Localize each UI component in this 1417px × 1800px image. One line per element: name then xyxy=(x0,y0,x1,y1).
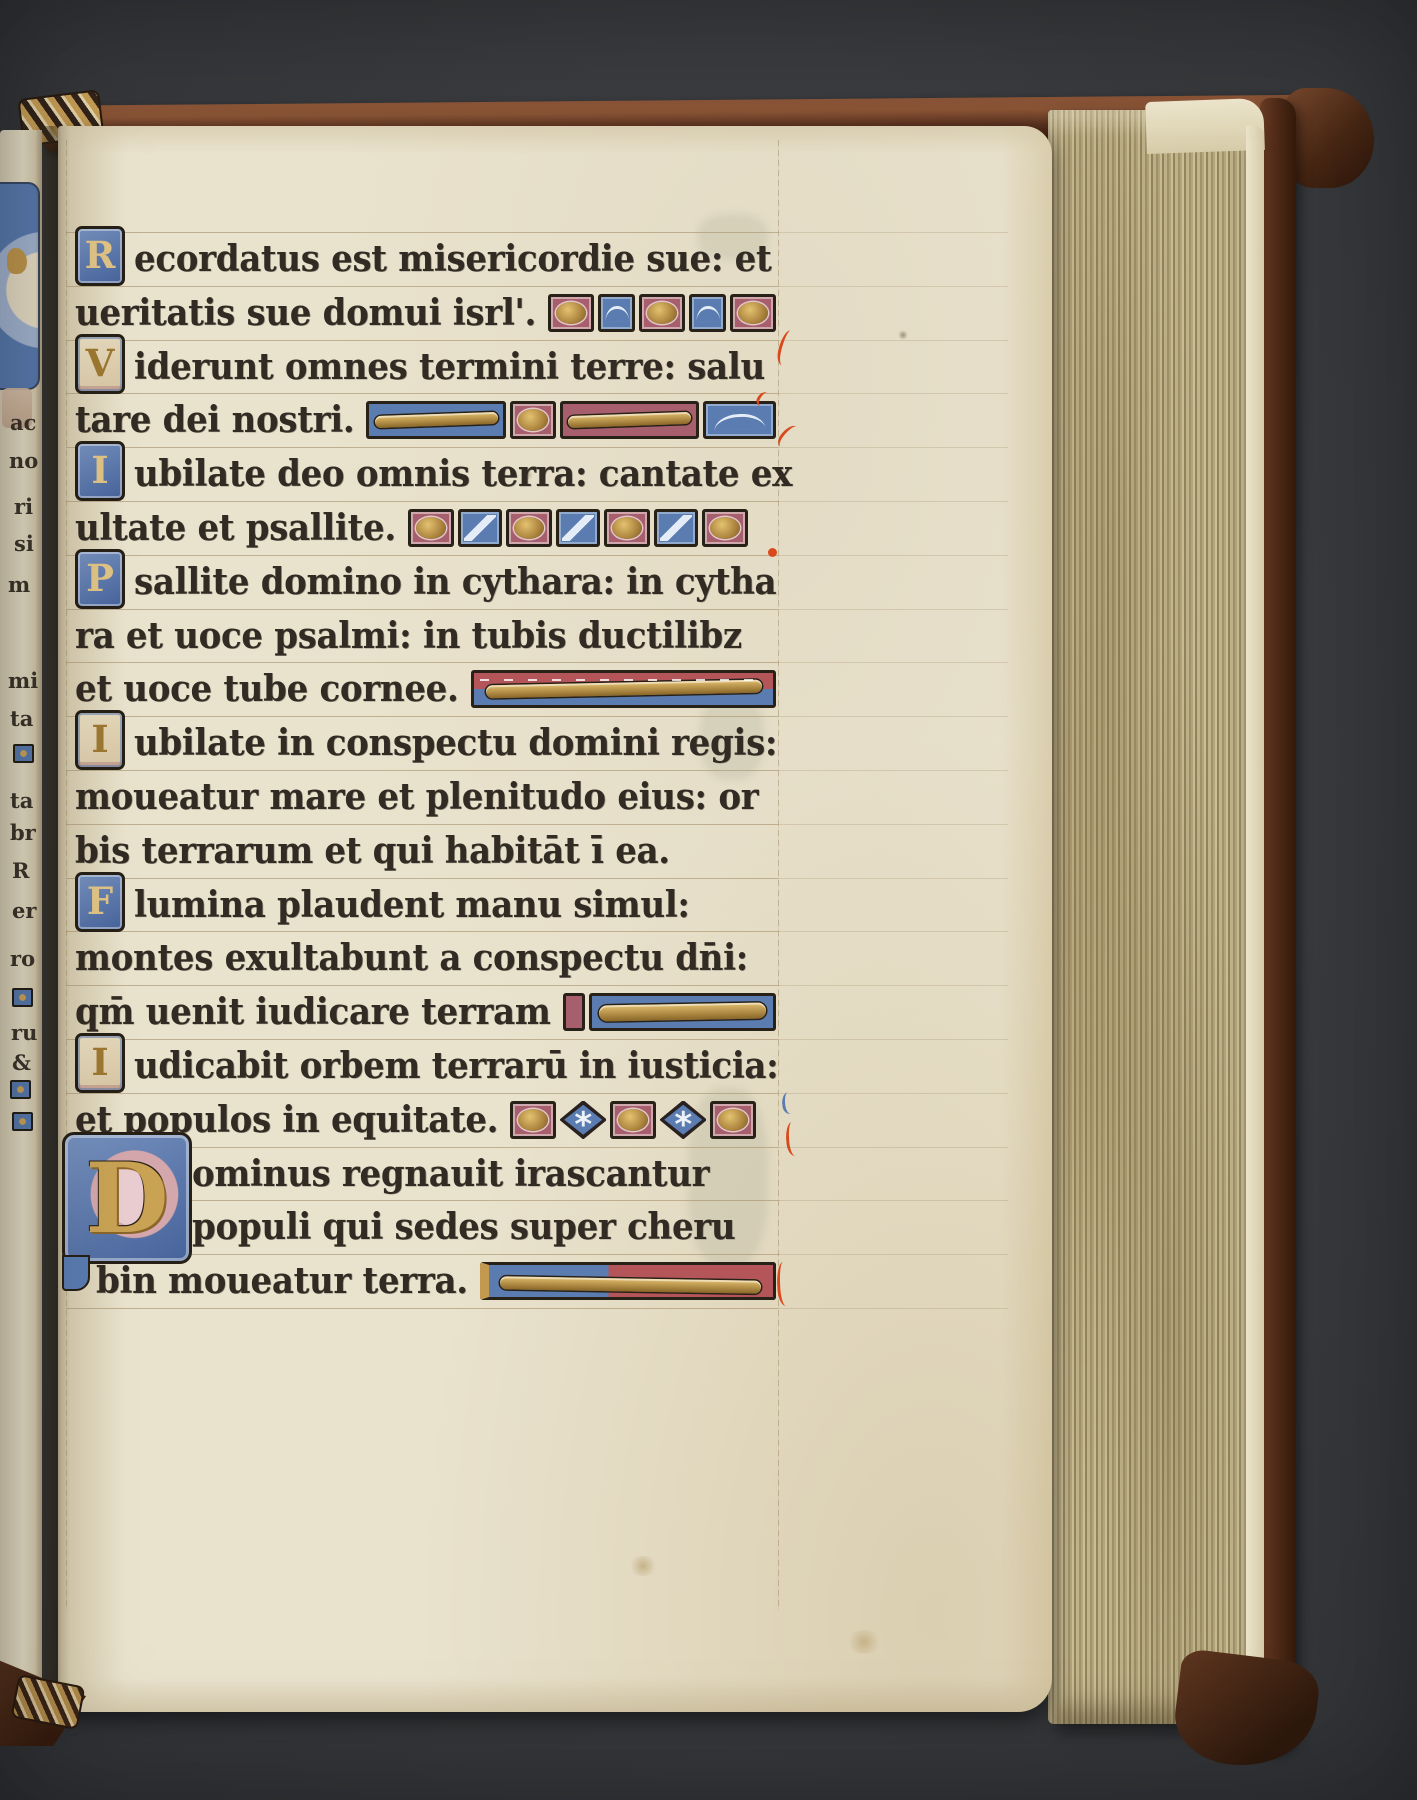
text-line: populi qui sedes super cheru xyxy=(192,1204,778,1250)
margin-filler-fragment xyxy=(12,1112,33,1131)
margin-text-fragment: br xyxy=(10,820,36,845)
filler-segment-ps xyxy=(510,401,556,439)
cover-right-edge xyxy=(1260,98,1296,1750)
line-filler xyxy=(366,401,776,439)
text-line: Iudicabit orbem terrarū in iusticia: xyxy=(75,1043,778,1089)
margin-text-fragment: ru xyxy=(11,1020,37,1045)
filler-segment-gwp xyxy=(560,401,699,439)
parchment-stain xyxy=(628,1556,658,1576)
line-text: udicabit orbem terrarū in iusticia: xyxy=(134,1044,778,1087)
manuscript-photo-stage: Recordatus est misericordie sue: etuerit… xyxy=(0,0,1417,1800)
margin-filler-fragment xyxy=(13,744,34,763)
margin-text-fragment: mi xyxy=(8,668,38,693)
decorated-initial: F xyxy=(75,872,125,932)
filler-segment-bs xyxy=(458,509,502,547)
filler-segment-bs xyxy=(556,509,600,547)
line-text: lumina plaudent manu simul: xyxy=(134,883,690,926)
decorated-initial: I xyxy=(75,1033,125,1093)
line-text: iderunt omnes termini terre: salu xyxy=(134,345,765,388)
line-text: tare dei nostri. xyxy=(75,399,354,442)
filler-segment-ps xyxy=(710,1101,756,1139)
filler-segment-bb xyxy=(689,294,726,332)
gutter-shadow xyxy=(36,126,70,1708)
filler-segment-bd xyxy=(560,1101,606,1139)
decorated-initial: I xyxy=(75,441,125,501)
line-text: ueritatis sue domui isrl'. xyxy=(75,291,536,334)
margin-text-fragment: m xyxy=(8,572,30,597)
text-line: Psallite domino in cythara: in cytha xyxy=(75,559,778,605)
margin-text-fragment: ta xyxy=(10,706,33,731)
decorated-initial: V xyxy=(75,334,125,394)
line-text: bin moueatur terra. xyxy=(96,1260,468,1303)
filler-segment-bs xyxy=(654,509,698,547)
margin-filler-fragment xyxy=(10,1080,31,1099)
text-line: Flumina plaudent manu simul: xyxy=(75,882,778,928)
margin-text-fragment: ac xyxy=(10,410,36,435)
line-text: montes exultabunt a conspectu dn̄i: xyxy=(75,937,748,980)
drop-cap-initial-D: D xyxy=(62,1132,192,1264)
margin-text-fragment: no xyxy=(9,448,38,473)
line-text: moueatur mare et plenitudo eius: or xyxy=(75,775,758,818)
line-filler xyxy=(408,509,776,547)
decorated-initial: P xyxy=(75,549,125,609)
text-line: bis terrarum et qui habitāt ī ea. xyxy=(75,828,778,874)
line-text: ubilate deo omnis terra: cantate ex xyxy=(134,453,792,496)
filler-segment-ps xyxy=(408,509,454,547)
drop-cap-letter: D xyxy=(65,1135,189,1261)
filler-segment-ps xyxy=(506,509,552,547)
filler-segment-ps xyxy=(610,1101,656,1139)
line-text: ecordatus est misericordie sue: et xyxy=(134,237,771,280)
line-filler xyxy=(563,993,776,1031)
facing-page-illuminated-initial-fragment xyxy=(0,182,40,390)
parchment-stain xyxy=(846,1630,882,1654)
margin-text-fragment: ri xyxy=(14,494,33,519)
filler-segment-ps xyxy=(510,1101,556,1139)
line-filler xyxy=(510,1101,776,1139)
margin-text-fragment: ta xyxy=(10,788,33,813)
filler-segment-bb xyxy=(598,294,635,332)
text-line: ra et uoce psalmi: in tubis ductilibz xyxy=(75,613,778,659)
decorated-initial: R xyxy=(75,226,125,286)
text-line: ultate et psallite. xyxy=(75,505,778,551)
margin-text-fragment: ro xyxy=(10,946,35,971)
text-line: Recordatus est misericordie sue: et xyxy=(75,236,778,282)
filler-segment-pcap xyxy=(563,993,585,1031)
text-line: montes exultabunt a conspectu dn̄i: xyxy=(75,935,778,981)
parchment-stain xyxy=(898,330,908,340)
line-text: bis terrarum et qui habitāt ī ea. xyxy=(75,829,670,872)
filler-segment-ps xyxy=(730,294,776,332)
filler-segment-ps xyxy=(639,294,685,332)
line-filler xyxy=(480,1262,776,1300)
filler-segment-gwb xyxy=(366,401,505,439)
ruled-line xyxy=(66,232,1008,233)
line-text: ultate et psallite. xyxy=(75,506,396,549)
margin-filler-fragment xyxy=(12,988,33,1007)
filler-segment-ps xyxy=(548,294,594,332)
text-line: Iubilate in conspectu domini regis: xyxy=(75,720,778,766)
line-text: ra et uoce psalmi: in tubis ductilibz xyxy=(75,614,742,657)
text-line: Viderunt omnes termini terre: salu xyxy=(75,344,778,390)
line-text: qm̄ uenit iudicare terram xyxy=(75,991,551,1034)
text-line: et uoce tube cornee. xyxy=(75,666,778,712)
filler-segment-ps xyxy=(702,509,748,547)
text-line: qm̄ uenit iudicare terram xyxy=(75,989,778,1035)
filler-segment-wavebar xyxy=(471,670,776,708)
line-text: populi qui sedes super cheru xyxy=(192,1206,735,1249)
margin-text-fragment: si xyxy=(14,531,34,556)
decorated-initial: I xyxy=(75,710,125,770)
filler-segment-wavebar2 xyxy=(480,1262,776,1300)
text-line: bin moueatur terra. xyxy=(96,1258,778,1304)
line-text: ominus regnauit irascantur xyxy=(192,1152,709,1195)
filler-segment-gwb2 xyxy=(589,993,776,1031)
line-text: ubilate in conspectu domini regis: xyxy=(134,722,777,765)
text-line: moueatur mare et plenitudo eius: or xyxy=(75,774,778,820)
line-filler xyxy=(471,670,776,708)
text-line: tare dei nostri. xyxy=(75,397,778,443)
fore-edge-page-stack xyxy=(1048,110,1250,1724)
outer-pages-strip xyxy=(1246,126,1264,1710)
cover-corner-bottom-right xyxy=(1170,1648,1322,1774)
line-text: sallite domino in cythara: in cytha xyxy=(134,560,776,603)
margin-text-fragment: & xyxy=(12,1050,31,1075)
filler-segment-bd xyxy=(660,1101,706,1139)
margin-text-fragment: er xyxy=(12,898,36,923)
text-line: ominus regnauit irascantur xyxy=(192,1151,778,1197)
text-line: Iubilate deo omnis terra: cantate ex xyxy=(75,451,778,497)
line-filler xyxy=(548,294,776,332)
text-line: ueritatis sue domui isrl'. xyxy=(75,290,778,336)
line-text: et uoce tube cornee. xyxy=(75,668,459,711)
filler-segment-ps xyxy=(604,509,650,547)
red-ink-mark xyxy=(768,548,777,557)
margin-text-fragment: R xyxy=(12,858,29,883)
